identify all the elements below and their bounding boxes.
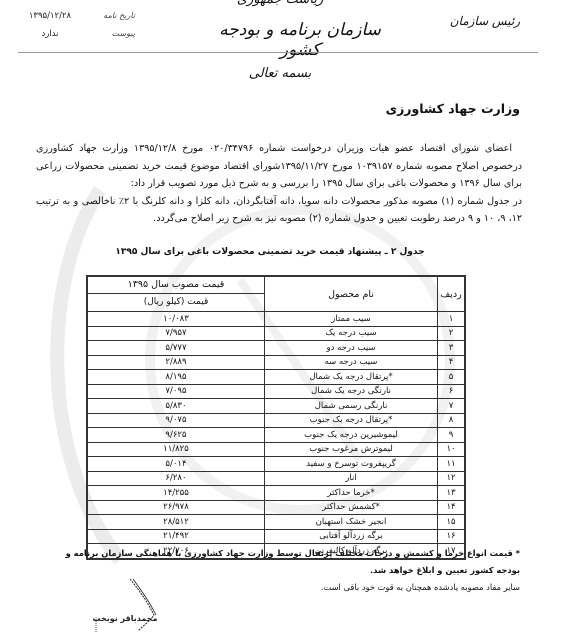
table-row: ۹لیموشیرین درجه یک جنوب۹/۶۲۵ <box>87 428 465 443</box>
row-index: ۱۴ <box>438 500 465 515</box>
row-price: ۲۸/۵۱۲ <box>87 515 264 530</box>
row-index: ۳ <box>438 341 465 356</box>
presidency-title: ریاست جمهوری <box>190 0 370 7</box>
row-price: ۲/۸۸۹ <box>87 355 264 370</box>
table-row: ۱۴*کشمش حداکثر۲۶/۹۷۸ <box>87 500 465 515</box>
table-row: ۴سیب درجه سه۲/۸۸۹ <box>87 355 465 370</box>
basmala: بسمه تعالی <box>220 66 340 81</box>
row-index: ۱۱ <box>438 457 465 472</box>
row-product: انجیر خشک استهبان <box>264 515 437 530</box>
row-product: سیب درجه دو <box>264 341 437 356</box>
row-index: ۱ <box>438 312 465 327</box>
signature-scribble <box>80 575 190 632</box>
header-price-unit: قیمت (کیلو ریال) <box>87 293 264 311</box>
row-index: ۹ <box>438 428 465 443</box>
row-price: ۵/۸۳۰ <box>87 399 264 414</box>
row-price: ۲۱/۴۹۲ <box>87 529 264 544</box>
table-row: ۱۶برگه زردآلو آفتابی۲۱/۴۹۲ <box>87 529 465 544</box>
row-product: نارنگی رسمی شمال <box>264 399 437 414</box>
row-index: ۴ <box>438 355 465 370</box>
attachment-label: پیوست <box>95 29 135 38</box>
row-price: ۱۰/۰۸۳ <box>87 312 264 327</box>
row-index: ۲ <box>438 326 465 341</box>
row-index: ۵ <box>438 370 465 385</box>
row-price: ۹/۰۷۵ <box>87 413 264 428</box>
table-row: ۶نارنگی درجه یک شمال۷/۰۹۵ <box>87 384 465 399</box>
row-index: ۱۲ <box>438 471 465 486</box>
row-index: ۱۵ <box>438 515 465 530</box>
row-price: ۲۶/۹۷۸ <box>87 500 264 515</box>
head-title: رئیس سازمان <box>440 14 520 28</box>
table-row: ۱سیب ممتاز۱۰/۰۸۳ <box>87 312 465 327</box>
row-product: گریپفروت توسرخ و سفید <box>264 457 437 472</box>
row-product: لیموشیرین درجه یک جنوب <box>264 428 437 443</box>
header-index: ردیف <box>438 276 465 312</box>
table-caption: جدول ۲ ـ پیشنهاد قیمت خرید تضمینی محصولا… <box>100 247 440 257</box>
row-index: ۶ <box>438 384 465 399</box>
row-product: لیموترش مرغوب جنوب <box>264 442 437 457</box>
attachment-value: ندارد <box>18 29 82 39</box>
table-row: ۱۱گریپفروت توسرخ و سفید۵/۰۱۴ <box>87 457 465 472</box>
row-index: ۸ <box>438 413 465 428</box>
row-product: *پرتقال درجه یک شمال <box>264 370 437 385</box>
row-product: نارنگی درجه یک شمال <box>264 384 437 399</box>
recipient: وزارت جهاد کشاورزی <box>300 101 520 116</box>
table-row: ۵*پرتقال درجه یک شمال۸/۱۹۵ <box>87 370 465 385</box>
row-index: ۱۳ <box>438 486 465 501</box>
row-price: ۵/۰۱۴ <box>87 457 264 472</box>
row-product: *پرتقال درجه یک جنوب <box>264 413 437 428</box>
signatory-name: محمدباقر نوبخت <box>86 614 164 623</box>
header-approved-price: قیمت مصوب سال ۱۳۹۵ <box>87 276 264 293</box>
table-row: ۱۵انجیر خشک استهبان۲۸/۵۱۲ <box>87 515 465 530</box>
body-paragraph-1: اعضای شورای اقتصاد عضو هیات وزیران درخوا… <box>36 140 522 193</box>
row-price: ۶/۲۸۰ <box>87 471 264 486</box>
row-index: ۷ <box>438 399 465 414</box>
body-paragraph-2: در جدول شماره (۱) مصوبه مذکور محصولات دا… <box>36 193 522 228</box>
table-row: ۷نارنگی رسمی شمال۵/۸۳۰ <box>87 399 465 414</box>
row-price: ۸/۱۹۵ <box>87 370 264 385</box>
table-row: ۸*پرتقال درجه یک جنوب۹/۰۷۵ <box>87 413 465 428</box>
row-index: ۱۰ <box>438 442 465 457</box>
table-row: ۲سیب درجه یک۷/۹۵۷ <box>87 326 465 341</box>
header-product: نام محصول <box>264 276 437 312</box>
row-product: *کشمش حداکثر <box>264 500 437 515</box>
row-price: ۱۱/۸۲۵ <box>87 442 264 457</box>
row-price: ۵/۷۷۷ <box>87 341 264 356</box>
row-product: برگه زردآلو آفتابی <box>264 529 437 544</box>
row-price: ۱۴/۲۵۵ <box>87 486 264 501</box>
table-row: ۱۰لیموترش مرغوب جنوب۱۱/۸۲۵ <box>87 442 465 457</box>
footnote-pricing: * قیمت انواع خرما و کشمش و درجات مختلف پ… <box>50 545 520 579</box>
letter-body: اعضای شورای اقتصاد عضو هیات وزیران درخوا… <box>36 140 522 228</box>
table-row: ۳سیب درجه دو۵/۷۷۷ <box>87 341 465 356</box>
organization-title: سازمان برنامه و بودجه کشور <box>200 20 400 60</box>
row-product: سیب درجه سه <box>264 355 437 370</box>
row-product: سیب ممتاز <box>264 312 437 327</box>
row-price: ۷/۰۹۵ <box>87 384 264 399</box>
row-product: انار <box>264 471 437 486</box>
row-index: ۱۶ <box>438 529 465 544</box>
row-product: *خرما حداکثر <box>264 486 437 501</box>
row-price: ۹/۶۲۵ <box>87 428 264 443</box>
letter-date-label: تاریخ نامه <box>95 11 135 20</box>
table-row: ۱۲انار۶/۲۸۰ <box>87 471 465 486</box>
letter-date-value: ۱۳۹۵/۱۲/۲۸ <box>18 11 82 21</box>
row-price: ۷/۹۵۷ <box>87 326 264 341</box>
row-product: سیب درجه یک <box>264 326 437 341</box>
table-row: ۱۳*خرما حداکثر۱۴/۲۵۵ <box>87 486 465 501</box>
header-divider <box>18 52 538 53</box>
prices-table: ردیف نام محصول قیمت مصوب سال ۱۳۹۵ قیمت (… <box>86 275 466 560</box>
